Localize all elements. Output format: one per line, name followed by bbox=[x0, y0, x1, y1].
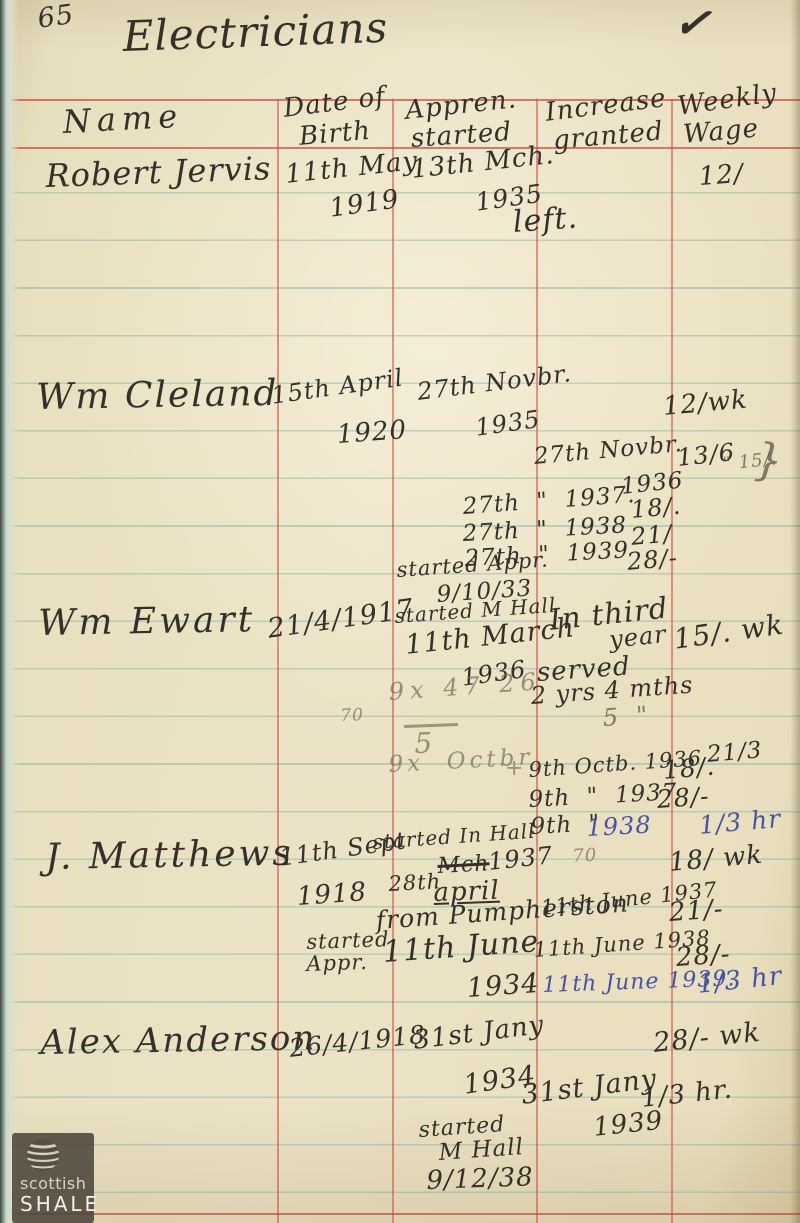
page-title: Electricians bbox=[122, 7, 389, 58]
bottom-margin-line bbox=[0, 1213, 800, 1215]
pencil-plus-mark: + bbox=[505, 758, 524, 780]
matthews-wage: 18/ wk bbox=[668, 842, 764, 876]
watermark-text-scottish: scottish bbox=[20, 1174, 86, 1193]
page-right-edge bbox=[790, 0, 800, 1223]
column-line-2 bbox=[392, 99, 394, 1223]
matthews-started-struck: Mch bbox=[437, 853, 490, 878]
ewart-inc3-amount: 1/3 hr bbox=[698, 806, 782, 838]
matthews-started-year: 1937 bbox=[487, 843, 554, 874]
matthews-name: J. Matthews bbox=[45, 836, 294, 876]
ewart-note-5: 5 " bbox=[602, 703, 649, 730]
matthews-dob-2: 1918 bbox=[296, 879, 368, 910]
cleland-inc4-amount: 28/- bbox=[626, 546, 679, 574]
ewart-inc1-extra: 21/3 bbox=[706, 739, 763, 767]
ewart-inc3-year: 1938 bbox=[586, 813, 652, 840]
ledger-page-scan: 65 Electricians ✓ Name Date of Birth App… bbox=[0, 0, 800, 1223]
matthews-appr-2: Appr. bbox=[306, 952, 368, 975]
col-header-dob-1: Date of bbox=[282, 83, 387, 121]
cleland-name: Wm Cleland bbox=[36, 376, 279, 416]
matthews-appr-4: 1934 bbox=[466, 970, 540, 1002]
col-header-wage-1: Weekly bbox=[676, 80, 779, 120]
ewart-inc2-amount: 28/- bbox=[656, 783, 710, 812]
scottish-shale-watermark: scottish SHALE bbox=[12, 1133, 94, 1223]
page-left-edge bbox=[0, 0, 20, 1223]
col-header-dob-2: Birth bbox=[298, 118, 372, 150]
cleland-inc1-brace: } bbox=[753, 438, 785, 484]
matthews-appr-1: started bbox=[306, 929, 390, 953]
anderson-mhall-3: 9/12/38 bbox=[426, 1164, 534, 1194]
page-number: 65 bbox=[36, 1, 76, 33]
anderson-name: Alex Anderson bbox=[40, 1021, 316, 1060]
shale-globe-icon bbox=[25, 1137, 61, 1177]
jervis-left-note: left. bbox=[512, 203, 579, 237]
jervis-wage: 12/ bbox=[698, 161, 745, 190]
matthews-inc1-amount: 21/- bbox=[668, 896, 724, 926]
pencil-matthews-mark: 70 bbox=[572, 847, 598, 866]
pencil-calc-2: 70 bbox=[340, 707, 364, 725]
cleland-inc2-amount: 18/. bbox=[630, 494, 682, 522]
col-header-wage-2: Wage bbox=[682, 115, 760, 148]
ewart-name: Wm Ewart bbox=[38, 602, 255, 642]
cleland-dob-2: 1920 bbox=[336, 417, 408, 448]
col-header-name: Name bbox=[62, 100, 184, 138]
ewart-note-2: year bbox=[608, 622, 668, 652]
jervis-name: Robert Jervis bbox=[45, 152, 272, 192]
anderson-mhall-2: M Hall bbox=[438, 1136, 525, 1165]
watermark-text-shale: SHALE bbox=[20, 1192, 100, 1216]
cleland-wage: 12/wk bbox=[662, 387, 749, 420]
tick-mark: ✓ bbox=[671, 0, 713, 48]
